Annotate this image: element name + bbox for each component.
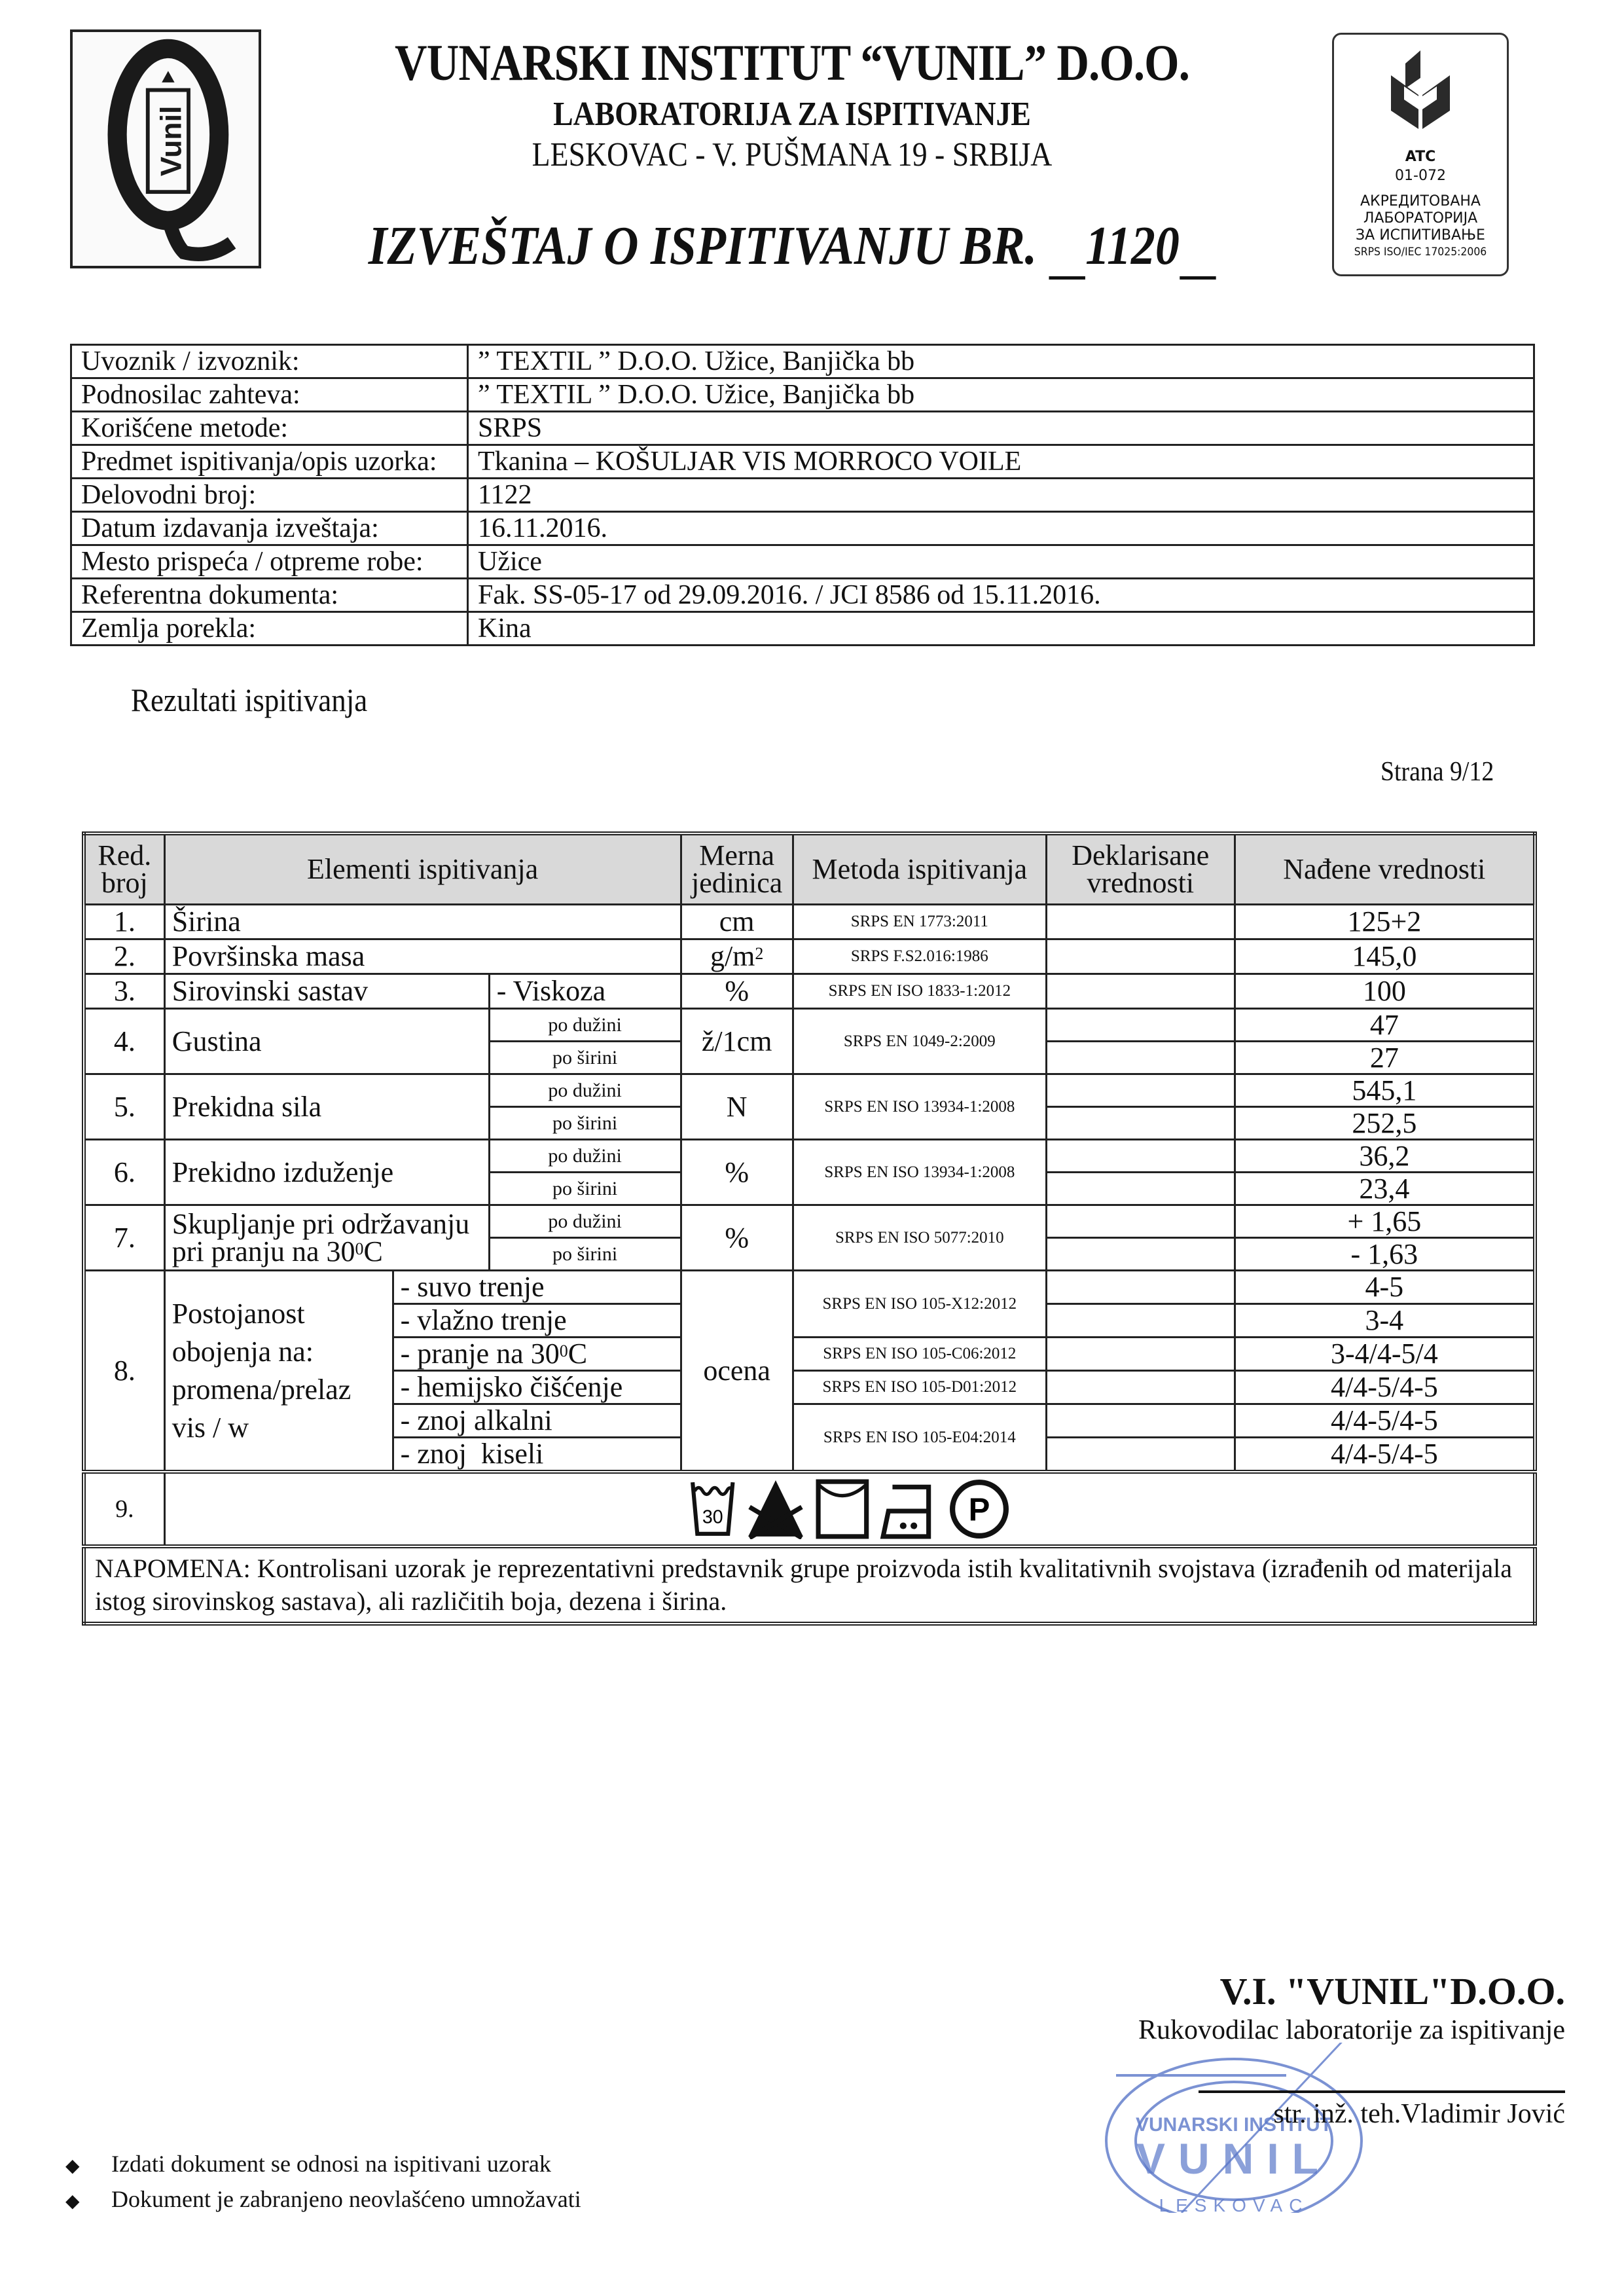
info-label: Mesto prispeća / otpreme robe: [71,545,468,579]
atc-standard: SRPS ISO/IEC 17025:2006 [1341,244,1500,260]
footer-notes: ◆Izdati dokument se odnosi na ispitivani… [65,2147,581,2218]
info-label: Predmet ispitivanja/opis uzorka: [71,445,468,479]
row-unit: % [681,1205,793,1271]
svg-text:LESKOVAC: LESKOVAC [1159,2195,1309,2213]
row-no: 2. [84,939,164,974]
row-unit: % [681,974,793,1009]
row-declared [1046,1074,1235,1107]
table-row: 1. Širina cm SRPS EN 1773:2011 125+2 [84,905,1535,939]
element-line4: vis / w [172,1409,386,1447]
row-no: 5. [84,1074,164,1140]
page-indicator: Strana 9/12 [1380,756,1494,788]
atc-line2: ЛАБОРАТОРИЈА [1334,210,1507,227]
lab-name: LABORATORIJA ZA ISPITIVANJE [337,94,1247,135]
diamond-bullet-icon: ◆ [65,2185,111,2218]
col-header-element: Elementi ispitivanja [164,833,681,905]
info-value: Fak. SS-05-17 od 29.09.2016. / JCI 8586 … [468,579,1534,612]
test-washing: - pranje na 300C [393,1338,681,1371]
atc-code: ATC [1334,149,1507,165]
degree-sup: 0 [560,1341,568,1360]
row-element: Prekidno izduženje [164,1140,489,1205]
footer-note: ◆Izdati dokument se odnosi na ispitivani… [65,2147,581,2183]
row-unit: ocena [681,1271,793,1472]
info-row: Predmet ispitivanja/opis uzorka:Tkanina … [71,445,1534,479]
row-found: 3-4 [1235,1304,1535,1338]
info-label: Delovodni broj: [71,479,468,512]
element-line1: Postojanost [172,1295,386,1333]
info-value: ” TEXTIL ” D.O.O. Užice, Banjička bb [468,378,1534,412]
row-element: Površinska masa [164,939,681,974]
row-method: SRPS EN ISO 105-D01:2012 [793,1371,1046,1404]
info-value: Kina [468,612,1534,646]
do-not-bleach-icon [746,1479,806,1539]
row-unit: g/m2 [681,939,793,974]
row-method: SRPS EN ISO 1833-1:2012 [793,974,1046,1009]
svg-text:VUNIL: VUNIL [1136,2134,1331,2183]
info-row: Mesto prispeća / otpreme robe:Užice [71,545,1534,579]
table-row: 6. Prekidno izduženje po dužini % SRPS E… [84,1140,1535,1173]
info-row: Delovodni broj:1122 [71,479,1534,512]
footer-note-text: Dokument je zabranjeno neovlašćeno umnož… [111,2186,581,2212]
test-acid-perspiration: - znoj kiseli [393,1438,681,1472]
row-unit: cm [681,905,793,939]
unit-sup: 2 [755,944,763,963]
row-no: 7. [84,1205,164,1271]
row-found: 3-4/4-5/4 [1235,1338,1535,1371]
row-declared [1046,1371,1235,1404]
test-alkaline-perspiration: - znoj alkalni [393,1404,681,1438]
row-subelement: - Viskoza [489,974,681,1009]
row-found: 100 [1235,974,1535,1009]
row-declared [1046,1304,1235,1338]
report-header: VUNARSKI INSTITUT “VUNIL” D.O.O. LABORAT… [275,31,1309,279]
lab-address: LESKOVAC - V. PUŠMANA 19 - SRBIJA [337,135,1247,175]
unit-text: g/m [710,940,755,972]
element-text: pri pranju na 30 [172,1235,355,1267]
row-declared [1046,1205,1235,1238]
signature-role: Rukovodilac laboratorije za ispitivanje [1138,2014,1565,2046]
row-found-width: - 1,63 [1235,1238,1535,1271]
atc-chevron-logo-icon [1384,50,1456,142]
row-declared [1046,1173,1235,1205]
row-declared [1046,1140,1235,1173]
row-declared [1046,1107,1235,1140]
row-no: 8. [84,1271,164,1472]
table-row: 8. Postojanost obojenja na: promena/prel… [84,1271,1535,1304]
row-method: SRPS EN ISO 13934-1:2008 [793,1074,1046,1140]
table-row: 2. Površinska masa g/m2 SRPS F.S2.016:19… [84,939,1535,974]
info-row: Korišćene metode:SRPS [71,412,1534,445]
atc-line1: АКРЕДИТОВАНА [1334,193,1507,210]
element-line2: pri pranju na 300C [172,1238,482,1266]
row-found-length: 545,1 [1235,1074,1535,1107]
row-element: Gustina [164,1009,489,1074]
row-method: SRPS EN ISO 105-C06:2012 [793,1338,1046,1371]
direction-length: po dužini [489,1074,681,1107]
row-found: 125+2 [1235,905,1535,939]
sample-info-table: Uvoznik / izvoznik:” TEXTIL ” D.O.O. Uži… [70,344,1535,646]
accreditation-badge: ATC 01-072 АКРЕДИТОВАНА ЛАБОРАТОРИЈА ЗА … [1332,33,1509,276]
direction-width: po širini [489,1173,681,1205]
footer-note-text: Izdati dokument se odnosi na ispitivani … [111,2151,551,2177]
row-declared [1046,905,1235,939]
row-element: Prekidna sila [164,1074,489,1140]
row-method: SRPS EN 1049-2:2009 [793,1009,1046,1074]
row-declared [1046,939,1235,974]
row-declared [1046,1271,1235,1304]
element-tail: C [364,1235,383,1267]
test-text: - pranje na 30 [401,1338,560,1370]
row-declared [1046,1042,1235,1074]
diamond-bullet-icon: ◆ [65,2150,111,2183]
footer-note: ◆Dokument je zabranjeno neovlašćeno umno… [65,2183,581,2218]
row-element: Širina [164,905,681,939]
row-unit: N [681,1074,793,1140]
direction-length: po dužini [489,1205,681,1238]
row-method: SRPS EN ISO 13934-1:2008 [793,1140,1046,1205]
vunil-logo: Vunil [70,29,261,268]
direction-length: po dužini [489,1140,681,1173]
info-value: Tkanina – KOŠULJAR VIS MORROCO VOILE [468,445,1534,479]
row-method: SRPS EN ISO 5077:2010 [793,1205,1046,1271]
institute-name: VUNARSKI INSTITUT “VUNIL” D.O.O. [337,31,1247,94]
table-header-row: Red. broj Elementi ispitivanja Merna jed… [84,833,1535,905]
q-vunil-logo-icon: Vunil [73,32,259,266]
iron-medium-icon [879,1479,939,1539]
row-found: 4/4-5/4-5 [1235,1404,1535,1438]
col-header-found: Nađene vrednosti [1235,833,1535,905]
row-declared [1046,1009,1235,1042]
info-value: 16.11.2016. [468,512,1534,545]
direction-width: po širini [489,1238,681,1271]
row-found: 145,0 [1235,939,1535,974]
signature-name: str. inž. teh.Vladimir Jović [1138,2098,1565,2130]
row-no: 9. [84,1472,164,1546]
test-dry-rubbing: - suvo trenje [393,1271,681,1304]
table-row: 7. Skupljanje pri održavanju pri pranju … [84,1205,1535,1238]
degree-sup: 0 [355,1239,364,1258]
svg-text:Vunil: Vunil [155,106,187,177]
row-declared [1046,974,1235,1009]
test-wet-rubbing: - vlažno trenje [393,1304,681,1338]
svg-text:30: 30 [702,1506,723,1527]
row-found: 4-5 [1235,1271,1535,1304]
row-method: SRPS EN 1773:2011 [793,905,1046,939]
info-row: Datum izdavanja izveštaja:16.11.2016. [71,512,1534,545]
direction-length: po dužini [489,1009,681,1042]
results-heading: Rezultati ispitivanja [131,681,367,719]
col-header-unit: Merna jedinica [681,833,793,905]
row-found: 4/4-5/4-5 [1235,1438,1535,1472]
row-found-width: 252,5 [1235,1107,1535,1140]
info-value: 1122 [468,479,1534,512]
info-value: SRPS [468,412,1534,445]
col-header-no: Red. broj [84,833,164,905]
info-row: Uvoznik / izvoznik:” TEXTIL ” D.O.O. Uži… [71,345,1534,378]
wash-30-icon: 30 [689,1479,736,1539]
line-dry-icon [816,1479,869,1539]
element-line3: promena/prelaz [172,1371,386,1409]
info-row: Zemlja porekla:Kina [71,612,1534,646]
signature-block: V.I. "VUNIL"D.O.O. Rukovodilac laborator… [1138,1969,1565,2130]
info-label: Referentna dokumenta: [71,579,468,612]
row-no: 4. [84,1009,164,1074]
row-declared [1046,1338,1235,1371]
note-text: NAPOMENA: Kontrolisani uzorak je repreze… [84,1546,1535,1624]
direction-width: po širini [489,1042,681,1074]
direction-width: po širini [489,1107,681,1140]
row-found-length: 36,2 [1235,1140,1535,1173]
signature-company: V.I. "VUNIL"D.O.O. [1138,1969,1565,2013]
svg-text:P: P [969,1492,990,1527]
row-found-length: 47 [1235,1009,1535,1042]
info-value: ” TEXTIL ” D.O.O. Užice, Banjička bb [468,345,1534,378]
info-label: Korišćene metode: [71,412,468,445]
info-row: Referentna dokumenta:Fak. SS-05-17 od 29… [71,579,1534,612]
row-found-width: 27 [1235,1042,1535,1074]
element-line2: obojenja na: [172,1333,386,1371]
row-declared [1046,1438,1235,1472]
row-method: SRPS EN ISO 105-E04:2014 [793,1404,1046,1472]
info-row: Podnosilac zahteva:” TEXTIL ” D.O.O. Uži… [71,378,1534,412]
col-header-method: Metoda ispitivanja [793,833,1046,905]
row-element: Skupljanje pri održavanju pri pranju na … [164,1205,489,1271]
table-row: 5. Prekidna sila po dužini N SRPS EN ISO… [84,1074,1535,1107]
row-no: 3. [84,974,164,1009]
row-found-length: + 1,65 [1235,1205,1535,1238]
row-element: Postojanost obojenja na: promena/prelaz … [164,1271,393,1472]
row-found: 4/4-5/4-5 [1235,1371,1535,1404]
signature-line [1199,2090,1565,2093]
info-label: Zemlja porekla: [71,612,468,646]
row-method: SRPS F.S2.016:1986 [793,939,1046,974]
info-label: Podnosilac zahteva: [71,378,468,412]
col-header-declared: Deklarisane vrednosti [1046,833,1235,905]
table-row: 3. Sirovinski sastav - Viskoza % SRPS EN… [84,974,1535,1009]
note-row: NAPOMENA: Kontrolisani uzorak je repreze… [84,1546,1535,1624]
report-number: 1120 [1085,215,1180,276]
row-method: SRPS EN ISO 105-X12:2012 [793,1271,1046,1338]
atc-number: 01-072 [1334,168,1507,184]
row-declared [1046,1238,1235,1271]
row-unit: % [681,1140,793,1205]
element-line1: Skupljanje pri održavanju [172,1211,482,1238]
row-found-width: 23,4 [1235,1173,1535,1205]
info-label: Uvoznik / izvoznik: [71,345,468,378]
dry-clean-p-icon: P [949,1479,1009,1539]
row-declared [1046,1404,1235,1438]
report-title: IZVEŠTAJ O ISPITIVANJU BR. 1120 [337,213,1247,279]
care-symbols: 30 P [164,1472,1535,1546]
row-no: 1. [84,905,164,939]
info-label: Datum izdavanja izveštaja: [71,512,468,545]
row-no: 6. [84,1140,164,1205]
table-row: 9. 30 P [84,1472,1535,1546]
row-unit: ž/1cm [681,1009,793,1074]
table-row: 4. Gustina po dužini ž/1cm SRPS EN 1049-… [84,1009,1535,1042]
test-tail: C [568,1338,587,1370]
results-table: Red. broj Elementi ispitivanja Merna jed… [82,831,1537,1626]
row-element: Sirovinski sastav [164,974,489,1009]
test-dry-cleaning: - hemijsko čišćenje [393,1371,681,1404]
info-value: Užice [468,545,1534,579]
atc-line3: ЗА ИСПИТИВАЊЕ [1334,227,1507,244]
